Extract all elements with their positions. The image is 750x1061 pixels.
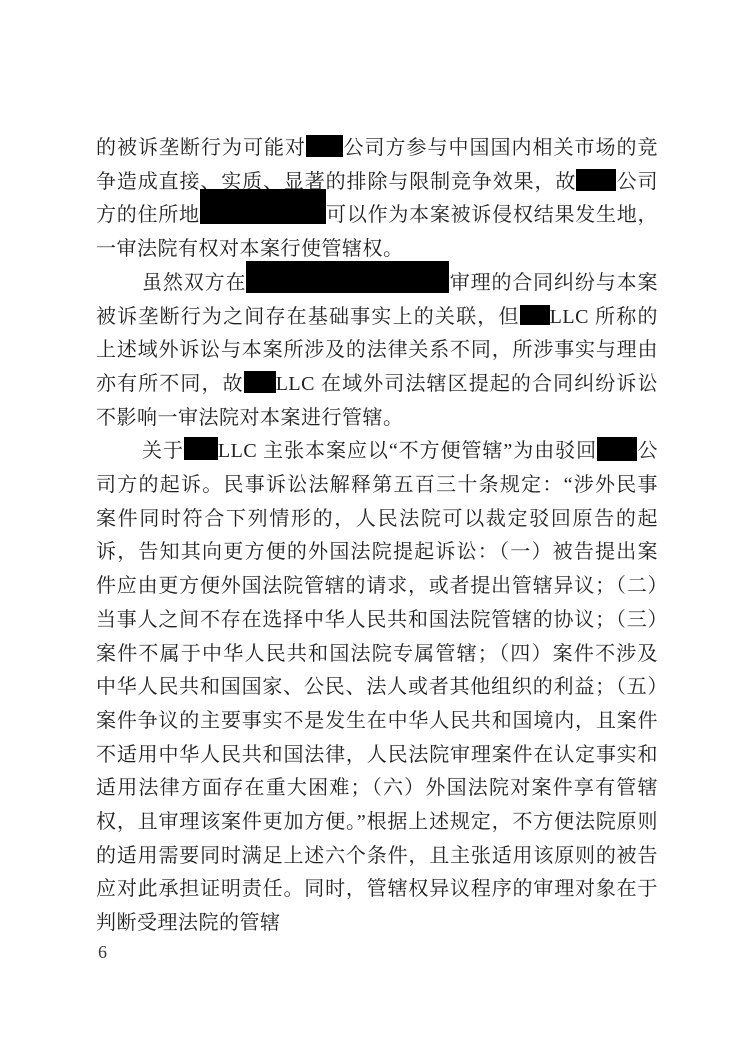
- redaction-box: [244, 371, 276, 393]
- paragraph-foreign-litigation: 虽然双方在审理的合同纠纷与本案被诉垄断行为之间存在基础事实上的关联，但LLC 所…: [96, 267, 658, 436]
- redaction-box: [306, 135, 343, 157]
- text-segment: 的被诉垄断行为可能对: [96, 137, 306, 159]
- redaction-box: [597, 437, 637, 461]
- page-number: 6: [98, 941, 107, 963]
- document-text-body: 的被诉垄断行为可能对公司方参与中国国内相关市场的竞争造成直接、实质、显著的排除与…: [96, 132, 658, 941]
- paragraph-forum-non-conveniens: 关于LLC 主张本案应以“不方便管辖”为由驳回公司方的起诉。民事诉讼法解释第五百…: [96, 435, 658, 941]
- text-segment: LLC 主张本案应以“不方便管辖”为由驳回: [218, 440, 597, 462]
- redaction-box: [184, 437, 218, 460]
- redaction-box: [246, 261, 449, 293]
- document-page: 的被诉垄断行为可能对公司方参与中国国内相关市场的竞争造成直接、实质、显著的排除与…: [0, 0, 750, 1061]
- paragraph-jurisdiction-effects: 的被诉垄断行为可能对公司方参与中国国内相关市场的竞争造成直接、实质、显著的排除与…: [96, 132, 658, 267]
- text-segment: 公司方的起诉。民事诉讼法解释第五百三十条规定：“涉外民事案件同时符合下列情形的，…: [96, 440, 658, 934]
- redaction-box: [200, 189, 326, 224]
- redaction-box: [520, 305, 550, 325]
- text-segment: 虽然双方在: [142, 272, 246, 294]
- text-segment: 关于: [142, 440, 184, 462]
- redaction-box: [576, 169, 616, 191]
